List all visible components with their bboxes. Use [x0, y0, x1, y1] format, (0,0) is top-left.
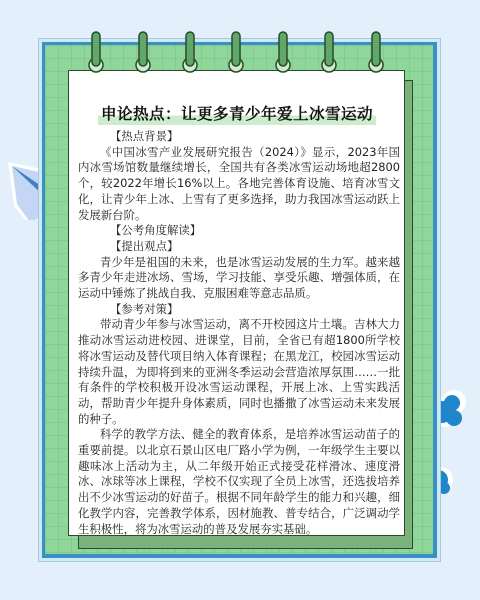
- paragraph-measures-2: 科学的教学方法、健全的教育体系，是培养冰雪运动苗子的重要前提。以北京石景山区电厂…: [78, 427, 400, 537]
- article-body: 【热点背景】 《中国冰雪产业发展研究报告（2024）》显示，2023年国内冰雪场…: [78, 129, 400, 537]
- binder-ring-icon: [135, 31, 151, 77]
- notepad-paper: 申论热点：让更多青少年爱上冰雪运动 【热点背景】 《中国冰雪产业发展研究报告（2…: [68, 70, 405, 536]
- paragraph-background: 《中国冰雪产业发展研究报告（2024）》显示，2023年国内冰雪场馆数量继续增长…: [78, 145, 400, 224]
- binder-ring-icon: [275, 31, 291, 77]
- section-heading-measures: 【参考对策】: [78, 302, 400, 318]
- section-heading-interpretation: 【公考角度解读】: [78, 223, 400, 239]
- binder-ring-icon: [88, 31, 104, 77]
- binder-rings: [68, 31, 405, 79]
- page-title: 申论热点：让更多青少年爱上冰雪运动: [98, 102, 376, 125]
- title-container: 申论热点：让更多青少年爱上冰雪运动: [77, 102, 397, 125]
- binder-ring-icon: [228, 31, 244, 77]
- outer-frame: 申论热点：让更多青少年爱上冰雪运动 【热点背景】 《中国冰雪产业发展研究报告（2…: [38, 38, 441, 562]
- section-heading-background: 【热点背景】: [78, 129, 400, 145]
- section-heading-viewpoint: 【提出观点】: [78, 239, 400, 255]
- binder-ring-icon: [182, 31, 198, 77]
- paragraph-measures-1: 带动青少年参与冰雪运动，离不开校园这片土壤。吉林大力推动冰雪运动进校园、进课堂，…: [78, 317, 400, 427]
- binder-ring-icon: [368, 31, 384, 77]
- binder-ring-icon: [321, 31, 337, 77]
- grid-background: 申论热点：让更多青少年爱上冰雪运动 【热点背景】 《中国冰雪产业发展研究报告（2…: [42, 42, 437, 558]
- paragraph-viewpoint: 青少年是祖国的未来，也是冰雪运动发展的生力军。越来越多青少年走进冰场、雪场，学习…: [78, 255, 400, 302]
